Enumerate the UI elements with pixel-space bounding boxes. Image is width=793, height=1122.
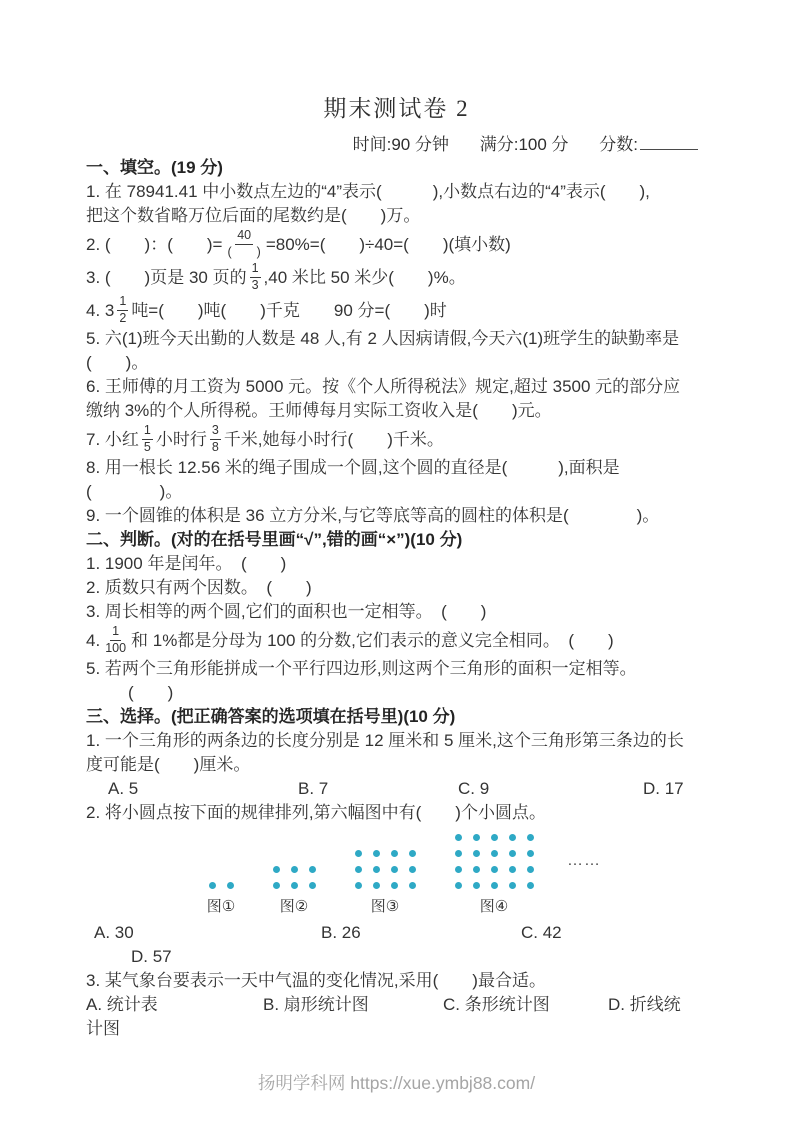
dot-cell [385, 845, 403, 861]
dot [455, 850, 462, 857]
dot-cell [203, 877, 221, 893]
figure-label: 图④ [480, 898, 508, 916]
dot-cell [449, 861, 467, 877]
dot-cell [285, 861, 303, 877]
option-b: B. 扇形统计图 [263, 993, 443, 1017]
dot [491, 834, 498, 841]
dot [373, 850, 380, 857]
dot-cell [285, 877, 303, 893]
fraction-denominator: 2 [117, 311, 128, 327]
s1-q5-line-2: ( )。 [86, 351, 726, 375]
s3-q1-line-2: 度可能是( )厘米。 [86, 753, 726, 777]
option-b: B. 26 [321, 921, 521, 945]
dot-cell [349, 877, 367, 893]
s1-q8-line-2: ( )。 [86, 480, 726, 504]
dot [527, 834, 534, 841]
dot-cell [449, 877, 467, 893]
test-paper-page: 期末测试卷 2 时间:90 分钟 满分:100 分 分数: 一、填空。(19 分… [0, 0, 793, 1122]
fraction: 40( ) [225, 228, 262, 260]
s1-q1-line-1: 1. 在 78941.41 中小数点左边的“4”表示( ),小数点右边的“4”表… [86, 180, 726, 204]
dot-cell [403, 877, 421, 893]
footer-watermark: 扬明学科网 https://xue.ymbj88.com/ [0, 1070, 793, 1095]
s1-q1-line-2: 把这个数省略万位后面的尾数约是( )万。 [86, 204, 726, 228]
dot [491, 850, 498, 857]
dot [527, 882, 534, 889]
dot [473, 866, 480, 873]
dot-cell [485, 845, 503, 861]
figure-label: 图① [207, 898, 235, 916]
dot [309, 882, 316, 889]
text-segment: 4. 3 [86, 299, 114, 323]
dot-grid [349, 845, 421, 893]
dot [409, 850, 416, 857]
dot-cell [485, 829, 503, 845]
dot-cell [521, 829, 539, 845]
option-a: A. 30 [94, 921, 321, 945]
dot-figure: 图① [203, 877, 239, 916]
dot [509, 850, 516, 857]
dot [309, 866, 316, 873]
dot [491, 866, 498, 873]
meta-full-score: 满分:100 分 [480, 135, 569, 154]
dot-cell [467, 877, 485, 893]
dot [473, 834, 480, 841]
s1-q6-line-1: 6. 王师傅的月工资为 5000 元。按《个人所得税法》规定,超过 3500 元… [86, 375, 726, 399]
dot-cell [349, 861, 367, 877]
fraction: 1100 [103, 624, 128, 656]
s1-q7: 7. 小红15小时行38千米,她每小时行( )千米。 [86, 423, 726, 456]
s2-q5-line-1: 5. 若两个三角形能拼成一个平行四边形,则这两个三角形的面积一定相等。 [86, 657, 726, 681]
section-1-heading: 一、填空。(19 分) [86, 156, 726, 180]
dot-figure: 图④ [449, 829, 539, 916]
fraction: 13 [250, 261, 261, 293]
dot [527, 866, 534, 873]
ellipsis-text: …… [567, 852, 601, 870]
dot [273, 866, 280, 873]
dot-grid [449, 829, 539, 893]
text-segment: 7. 小红 [86, 428, 139, 452]
footer-text: 扬明学科网 https://xue.ymbj88.com/ [258, 1073, 535, 1093]
dot-figure: 图② [267, 861, 321, 916]
dot-cell [449, 845, 467, 861]
fraction: 12 [117, 294, 128, 326]
dot-cell [349, 845, 367, 861]
fraction: 38 [210, 423, 221, 455]
paper-title: 期末测试卷 2 [0, 90, 793, 123]
meta-score: 分数: [599, 135, 698, 154]
dot-cell [485, 861, 503, 877]
dot [527, 850, 534, 857]
dot-cell [303, 877, 321, 893]
section-2-heading: 二、判断。(对的在括号里画“√”,错的画“×”)(10 分) [86, 528, 726, 552]
dot-cell [221, 877, 239, 893]
dot-cell [503, 829, 521, 845]
dot [391, 866, 398, 873]
s2-q2: 2. 质数只有两个因数。 ( ) [86, 576, 726, 600]
dot [509, 866, 516, 873]
option-c: C. 9 [458, 777, 643, 801]
dot-cell [503, 845, 521, 861]
dot-cell [503, 877, 521, 893]
dot [391, 882, 398, 889]
dot-cell [485, 877, 503, 893]
dot-cell [521, 877, 539, 893]
text-segment: 2. ( )：( )= [86, 233, 222, 257]
fraction-denominator: 3 [250, 278, 261, 294]
text-segment: 吨=( )吨( )千克 90 分=( )时 [131, 299, 446, 323]
s1-q2: 2. ( )：( )=40( )=80%=( )÷40=( )(填小数) [86, 228, 726, 261]
s3-q1-line-1: 1. 一个三角形的两条边的长度分别是 12 厘米和 5 厘米,这个三角形第三条边… [86, 729, 726, 753]
dot-grid [203, 877, 239, 893]
dot-cell [267, 877, 285, 893]
s3-q2-options: A. 30B. 26C. 42 [86, 921, 726, 945]
dot-cell [467, 845, 485, 861]
text-segment: 3. ( )页是 30 页的 [86, 266, 247, 290]
s2-q3: 3. 周长相等的两个圆,它们的面积也一定相等。 ( ) [86, 600, 726, 624]
dot-cell [521, 845, 539, 861]
dot-grid [267, 861, 321, 893]
text-segment: 和 1%都是分母为 100 的分数,它们表示的意义完全相同。 ( ) [131, 629, 614, 653]
s2-q1: 1. 1900 年是闰年。 ( ) [86, 552, 726, 576]
s3-q3: 3. 某气象台要表示一天中气温的变化情况,采用( )最合适。 [86, 969, 726, 993]
figure-label: 图② [280, 898, 308, 916]
dot [409, 866, 416, 873]
s1-q9: 9. 一个圆锥的体积是 36 立方分米,与它等底等高的圆柱的体积是( )。 [86, 504, 726, 528]
s1-q4: 4. 312吨=( )吨( )千克 90 分=( )时 [86, 294, 726, 327]
dot-pattern-figure: 图①图②图③图④…… [86, 828, 726, 916]
meta-time: 时间:90 分钟 [353, 135, 449, 154]
s1-q8-line-1: 8. 用一根长 12.56 米的绳子围成一个圆,这个圆的直径是( ),面积是 [86, 456, 726, 480]
score-blank-line [640, 137, 698, 150]
text-segment: 4. [86, 629, 100, 653]
dot [455, 882, 462, 889]
dot-cell [367, 877, 385, 893]
fraction-denominator: ( ) [225, 245, 262, 261]
score-label: 分数: [599, 135, 638, 154]
dot-cell [367, 845, 385, 861]
s1-q5-line-1: 5. 六(1)班今天出勤的人数是 48 人,有 2 人因病请假,今天六(1)班学… [86, 327, 726, 351]
dot [355, 850, 362, 857]
dot [291, 866, 298, 873]
dot-cell [449, 829, 467, 845]
dot-cell [367, 861, 385, 877]
option-d: D. 折线统 [608, 993, 681, 1017]
dot-cell [385, 861, 403, 877]
dot [391, 850, 398, 857]
paper-meta: 时间:90 分钟 满分:100 分 分数: [86, 130, 698, 155]
fraction-numerator: 40 [235, 228, 253, 245]
option-b: B. 7 [298, 777, 458, 801]
s3-q1-options: A. 5B. 7C. 9D. 17 [86, 777, 726, 801]
dot-cell [267, 861, 285, 877]
dot [509, 834, 516, 841]
dot [509, 882, 516, 889]
dot [355, 882, 362, 889]
dot-cell [467, 829, 485, 845]
dot-cell [385, 877, 403, 893]
text-segment: ,40 米比 50 米少( )%。 [264, 266, 466, 290]
dot [373, 866, 380, 873]
s3-q3-wrap: 计图 [86, 1017, 726, 1041]
fraction-numerator: 1 [142, 423, 153, 440]
dot [473, 850, 480, 857]
dot [409, 882, 416, 889]
s3-q2: 2. 将小圆点按下面的规律排列,第六幅图中有( )个小圆点。 [86, 801, 726, 825]
section-3-heading: 三、选择。(把正确答案的选项填在括号里)(10 分) [86, 705, 726, 729]
dot [209, 882, 216, 889]
option-c: C. 条形统计图 [443, 993, 608, 1017]
paper-body: 一、填空。(19 分)1. 在 78941.41 中小数点左边的“4”表示( )… [86, 156, 726, 1041]
dot [373, 882, 380, 889]
fraction-denominator: 8 [210, 440, 221, 456]
option-c: C. 42 [521, 921, 562, 945]
dot [455, 834, 462, 841]
fraction-denominator: 100 [103, 641, 128, 657]
s2-q4: 4. 1100和 1%都是分母为 100 的分数,它们表示的意义完全相同。 ( … [86, 624, 726, 657]
figure-label: 图③ [371, 898, 399, 916]
s3-q3-options: A. 统计表B. 扇形统计图C. 条形统计图D. 折线统 [86, 993, 726, 1017]
dot [455, 866, 462, 873]
fraction: 15 [142, 423, 153, 455]
fraction-numerator: 3 [210, 423, 221, 440]
s3-q2-option-d: D. 57 [131, 945, 726, 969]
dot [491, 882, 498, 889]
dot-cell [521, 861, 539, 877]
dot [227, 882, 234, 889]
fraction-numerator: 1 [117, 294, 128, 311]
dot [355, 866, 362, 873]
fraction-numerator: 1 [110, 624, 121, 641]
fraction-denominator: 5 [142, 440, 153, 456]
dot-cell [403, 861, 421, 877]
text-segment: 小时行 [156, 428, 207, 452]
s2-q5-line-2: ( ) [128, 681, 726, 705]
dot [291, 882, 298, 889]
option-a: A. 统计表 [86, 993, 263, 1017]
s1-q3: 3. ( )页是 30 页的13,40 米比 50 米少( )%。 [86, 261, 726, 294]
text-segment: =80%=( )÷40=( )(填小数) [266, 233, 511, 257]
fraction-numerator: 1 [250, 261, 261, 278]
dot-cell [403, 845, 421, 861]
dot-cell [303, 861, 321, 877]
option-a: A. 5 [108, 777, 298, 801]
s1-q6-line-2: 缴纳 3%的个人所得税。王师傅每月实际工资收入是( )元。 [86, 399, 726, 423]
text-segment: 千米,她每小时行( )千米。 [224, 428, 444, 452]
dot [273, 882, 280, 889]
dot [473, 882, 480, 889]
option-d: D. 17 [643, 777, 684, 801]
dot-cell [503, 861, 521, 877]
dot-cell [467, 861, 485, 877]
dot-figure: 图③ [349, 845, 421, 916]
